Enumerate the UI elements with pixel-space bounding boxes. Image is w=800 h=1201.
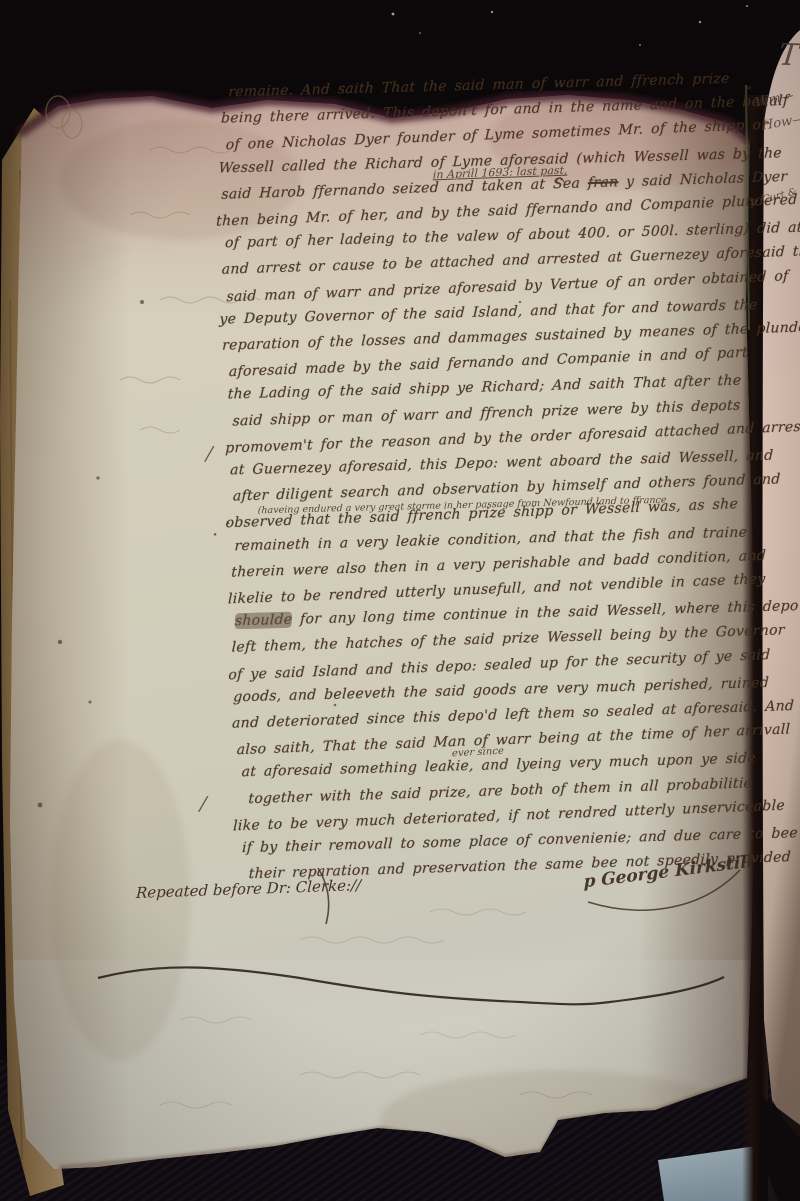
manuscript-photo: remaine. And saith That the said man of … xyxy=(0,0,800,1201)
facing-page xyxy=(763,30,800,1138)
book-photo-base xyxy=(0,0,800,1201)
